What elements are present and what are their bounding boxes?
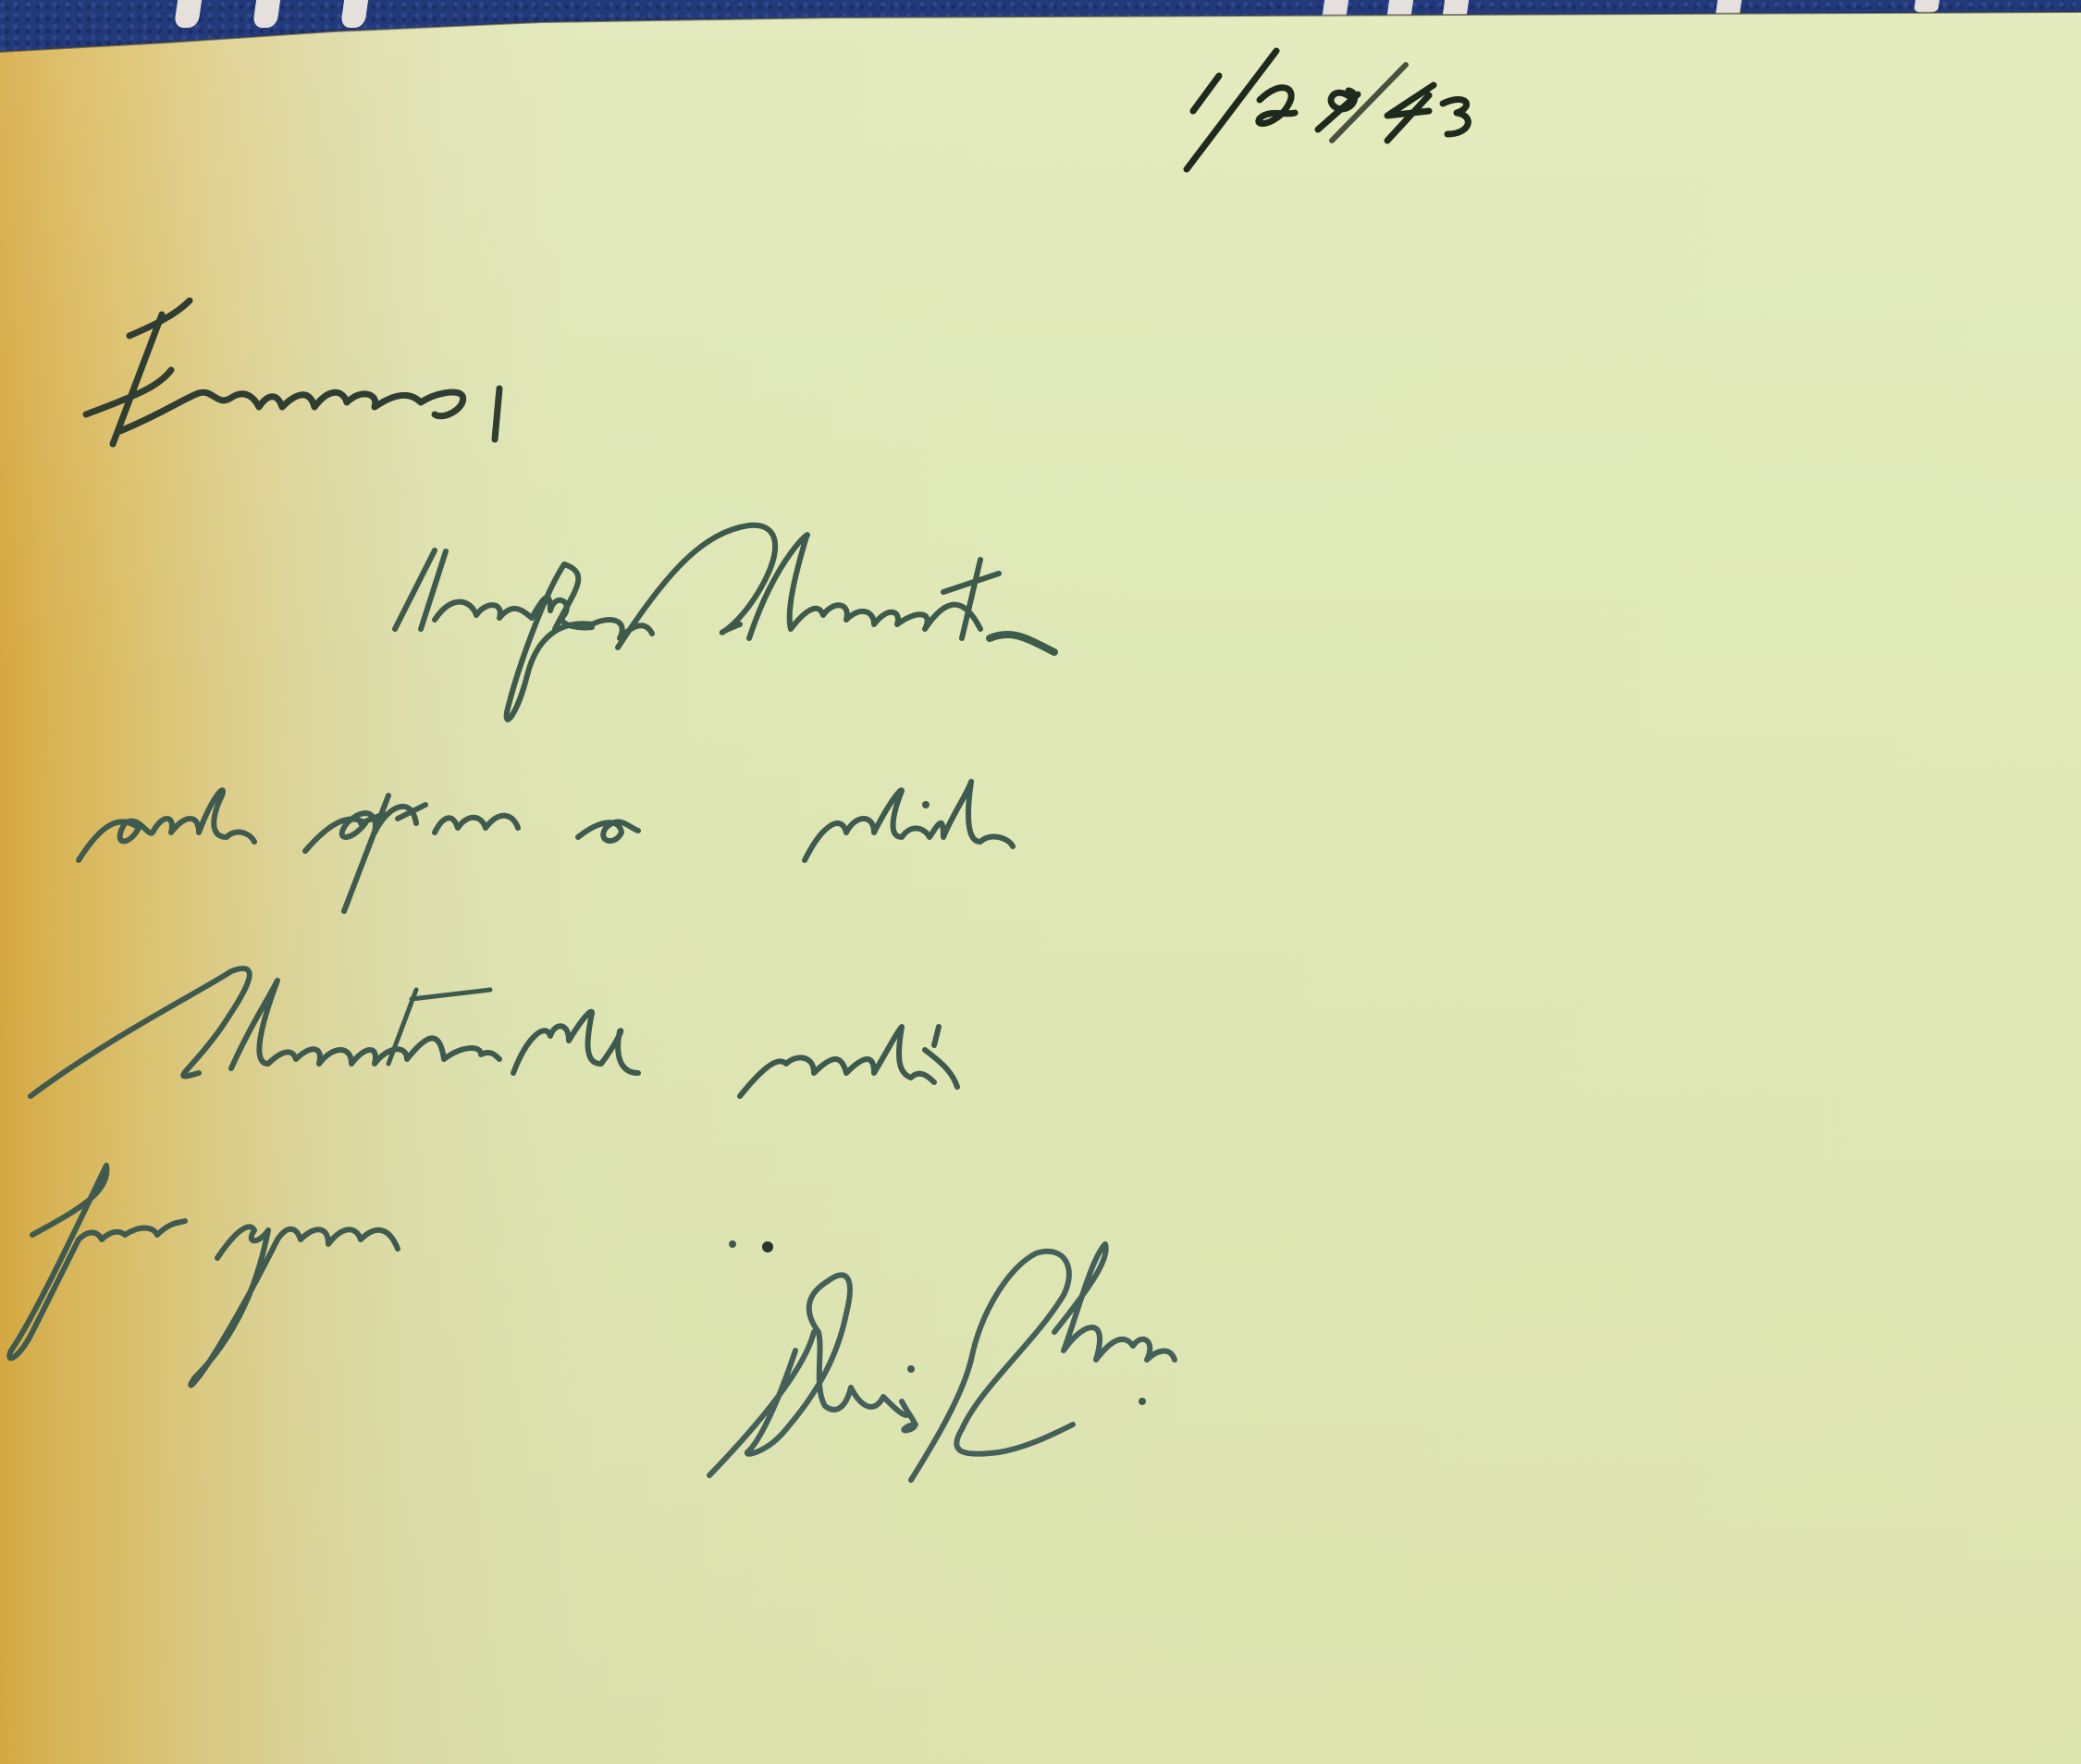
body-line-4-handwriting (9, 1166, 773, 1385)
date-handwriting (1187, 51, 1468, 169)
body-line-1-handwriting (395, 525, 1054, 720)
signature-handwriting (709, 1240, 1175, 1480)
body-line-3-handwriting (31, 968, 957, 1096)
salutation-handwriting (86, 301, 499, 444)
handwriting-layer (0, 0, 2081, 1764)
body-line-2-handwriting (79, 782, 1013, 911)
